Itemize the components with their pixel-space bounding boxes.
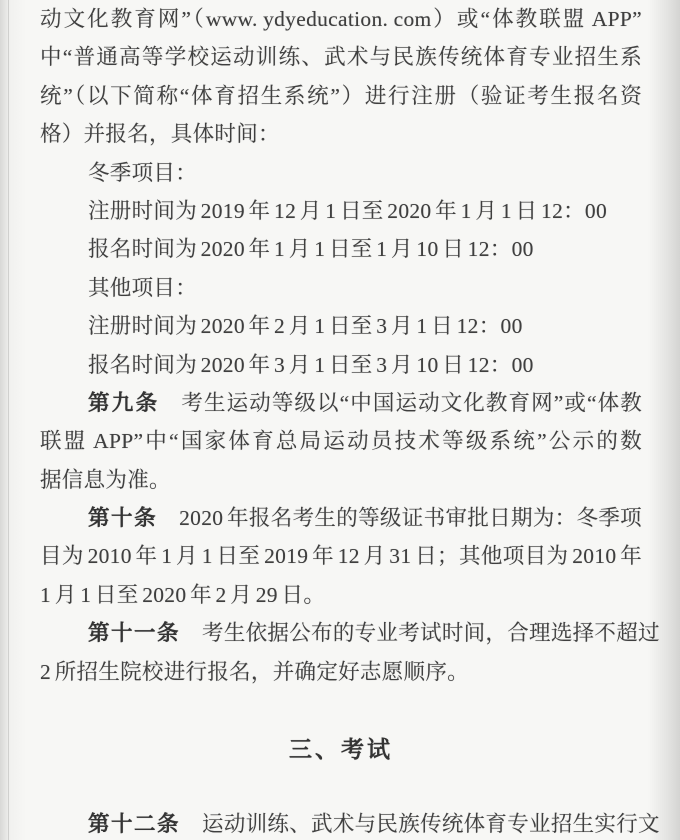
schedule-other-label: 其他项目： — [40, 269, 642, 307]
article-text: 运动训练、武术与民族传统体育专业招生实行文 — [202, 812, 660, 836]
schedule-winter-apply: 报名时间为 2020 年 1 月 1 日至 1 月 10 日 12：00 — [40, 230, 642, 268]
document-page: 动文化教育网”（www. ydyeducation. com）或“体教联盟 AP… — [0, 0, 680, 840]
schedule-other-apply: 报名时间为 2020 年 3 月 1 日至 3 月 10 日 12：00 — [40, 346, 642, 384]
schedule-other-register: 注册时间为 2020 年 2 月 1 日至 3 月 1 日 12：00 — [40, 307, 642, 345]
schedule-winter-register: 注册时间为 2019 年 12 月 1 日至 2020 年 1 月 1 日 12… — [40, 192, 642, 230]
article-12-line: 第十二条运动训练、武术与民族传统体育专业招生实行文 — [40, 805, 642, 840]
article-12-term: 第十二条 — [88, 812, 180, 836]
article-text: 考生依据公布的专业考试时间，合理选择不超过 — [202, 621, 660, 645]
article-9-line: 第九条考生运动等级以“中国运动文化教育网”或“体教 — [40, 384, 642, 422]
article-9-line: 联盟 APP”中“国家体育总局运动员技术等级系统”公示的数 — [40, 422, 642, 460]
article-9-term: 第九条 — [88, 391, 159, 415]
article-10-line: 目为 2010 年 1 月 1 日至 2019 年 12 月 31 日；其他项目… — [40, 537, 642, 575]
document-line: 统”（以下简称“体育招生系统”）进行注册（验证考生报名资 — [40, 77, 642, 115]
article-11-line: 第十一条考生依据公布的专业考试时间，合理选择不超过 — [40, 614, 642, 652]
document-line: 动文化教育网”（www. ydyeducation. com）或“体教联盟 AP… — [40, 0, 642, 38]
article-text: 考生运动等级以“中国运动文化教育网”或“体教 — [181, 391, 642, 415]
schedule-winter-label: 冬季项目： — [40, 154, 642, 192]
article-10-term: 第十条 — [88, 506, 157, 530]
article-10-line: 第十条2020 年报名考生的等级证书审批日期为：冬季项 — [40, 499, 642, 537]
document-line: 格）并报名，具体时间： — [40, 115, 642, 153]
article-text: 2020 年报名考生的等级证书审批日期为：冬季项 — [179, 506, 642, 530]
article-10-line: 1 月 1 日至 2020 年 2 月 29 日。 — [40, 576, 642, 614]
article-11-term: 第十一条 — [88, 621, 180, 645]
document-content: 动文化教育网”（www. ydyeducation. com）或“体教联盟 AP… — [0, 0, 680, 840]
document-line: 中“普通高等学校运动训练、武术与民族传统体育专业招生系 — [40, 38, 642, 76]
article-11-line: 2 所招生院校进行报名，并确定好志愿顺序。 — [40, 653, 642, 691]
article-9-line: 据信息为准。 — [40, 461, 642, 499]
section-heading: 三、考试 — [40, 731, 642, 769]
